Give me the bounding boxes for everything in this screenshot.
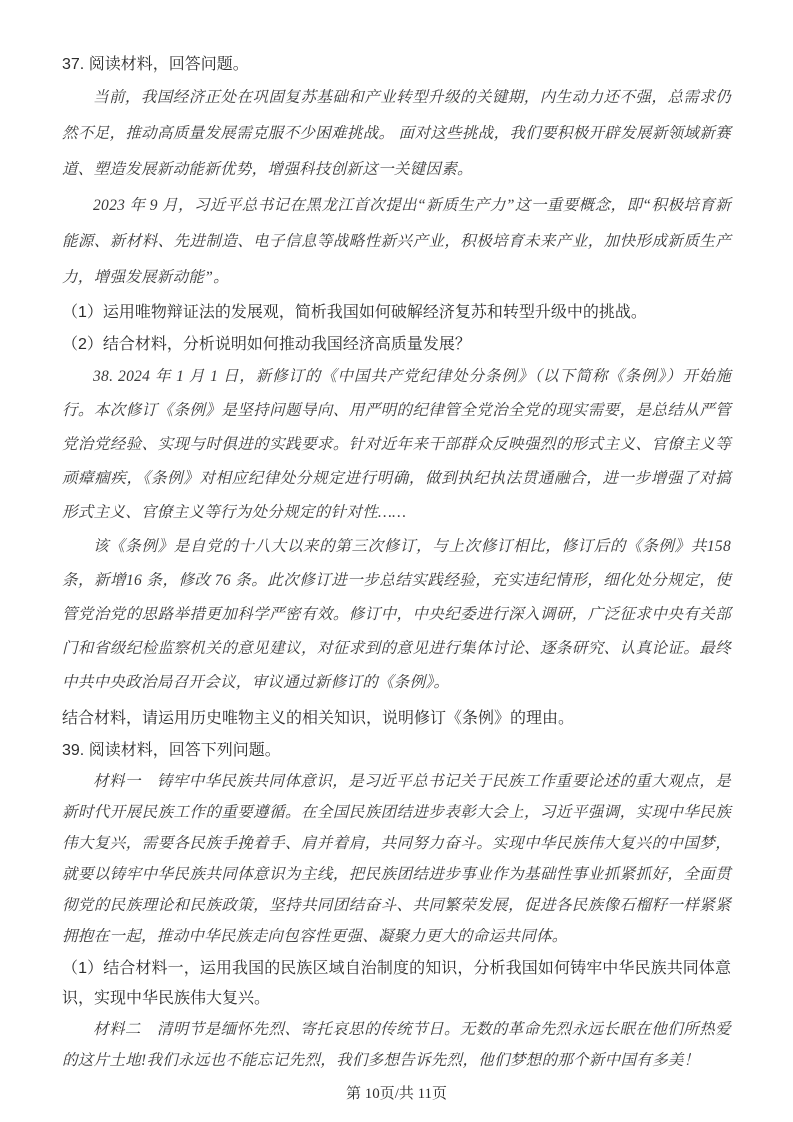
question-38-section: 38. 2024 年 1 月 1 日，新修订的《中国共产党纪律处分条例》（以下简… [62, 360, 731, 734]
q37-header: 37. 阅读材料，回答问题。 [62, 50, 731, 80]
exam-page: 37. 阅读材料，回答问题。 当前，我国经济正处在巩固复苏基础和产业转型升级的关… [0, 0, 793, 1122]
q39-material-1: 材料一 铸牢中华民族共同体意识，是习近平总书记关于民族工作重要论述的重大观点，是… [62, 766, 731, 952]
q39-material-2: 材料二 清明节是缅怀先烈、寄托哀思的传统节日。无数的革命先烈永远长眠在他们所热爱… [62, 1014, 731, 1076]
q39-header: 39. 阅读材料，回答下列问题。 [62, 736, 731, 766]
q39-subquestion-1: （1）结合材料一，运用我国的民族区域自治制度的知识，分析我国如何铸牢中华民族共同… [62, 954, 731, 1014]
q38-material-paragraph-1: 38. 2024 年 1 月 1 日，新修订的《中国共产党纪律处分条例》（以下简… [62, 360, 731, 530]
question-37-section: 37. 阅读材料，回答问题。 当前，我国经济正处在巩固复苏基础和产业转型升级的关… [62, 48, 731, 360]
q38-task: 结合材料，请运用历史唯物主义的相关知识，说明修订《条例》的理由。 [62, 704, 731, 734]
q37-material-paragraph-1: 当前，我国经济正处在巩固复苏基础和产业转型升级的关键期，内生动力还不强，总需求仍… [62, 80, 731, 188]
q38-material-paragraph-2: 该《条例》是自党的十八大以来的第三次修订，与上次修订相比，修订后的《条例》共15… [62, 530, 731, 700]
page-footer: 第 10页/共 11页 [62, 1080, 731, 1108]
q37-subquestion-1: （1）运用唯物辩证法的发展观，简析我国如何破解经济复苏和转型升级中的挑战。 [62, 298, 731, 328]
q37-subquestion-2: （2）结合材料，分析说明如何推动我国经济高质量发展？ [62, 330, 731, 360]
question-39-section: 39. 阅读材料，回答下列问题。 材料一 铸牢中华民族共同体意识，是习近平总书记… [62, 734, 731, 1076]
q37-material-paragraph-2: 2023 年 9 月，习近平总书记在黑龙江首次提出“新质生产力”这一重要概念，即… [62, 188, 731, 296]
